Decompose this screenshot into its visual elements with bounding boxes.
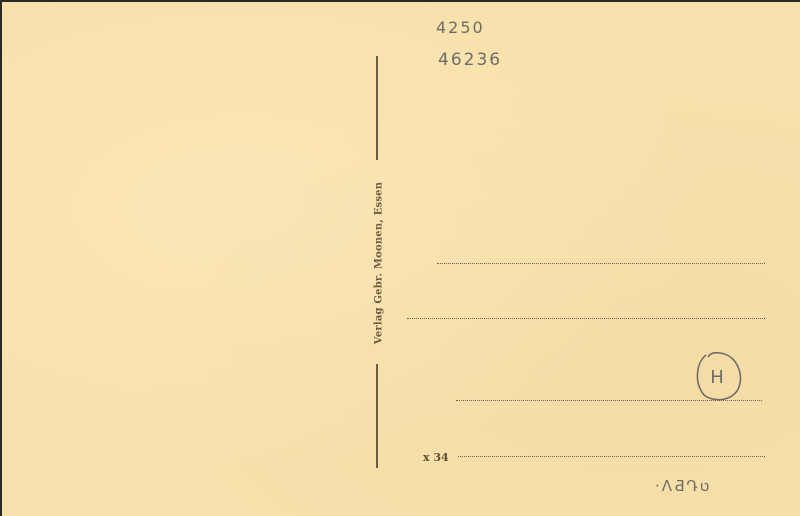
divider-line-top <box>376 56 378 160</box>
divider-line-bottom <box>376 364 378 468</box>
circled-letter: H <box>695 352 739 402</box>
address-line-4 <box>458 456 765 457</box>
pencil-note-bottom: ·ɅƋԴט <box>655 477 711 495</box>
pencil-number-postal: 46236 <box>438 50 502 70</box>
circled-letter-mark: H <box>695 352 745 402</box>
publisher-imprint: Verlag Gebr. Moonen, Essen <box>374 182 385 344</box>
print-code: x 34 <box>423 451 449 464</box>
address-line-1 <box>437 263 765 264</box>
postcard-back: 4250 46236 Verlag Gebr. Moonen, Essen H … <box>2 2 800 516</box>
pencil-number-top: 4250 <box>436 18 485 37</box>
address-line-2 <box>407 318 765 319</box>
